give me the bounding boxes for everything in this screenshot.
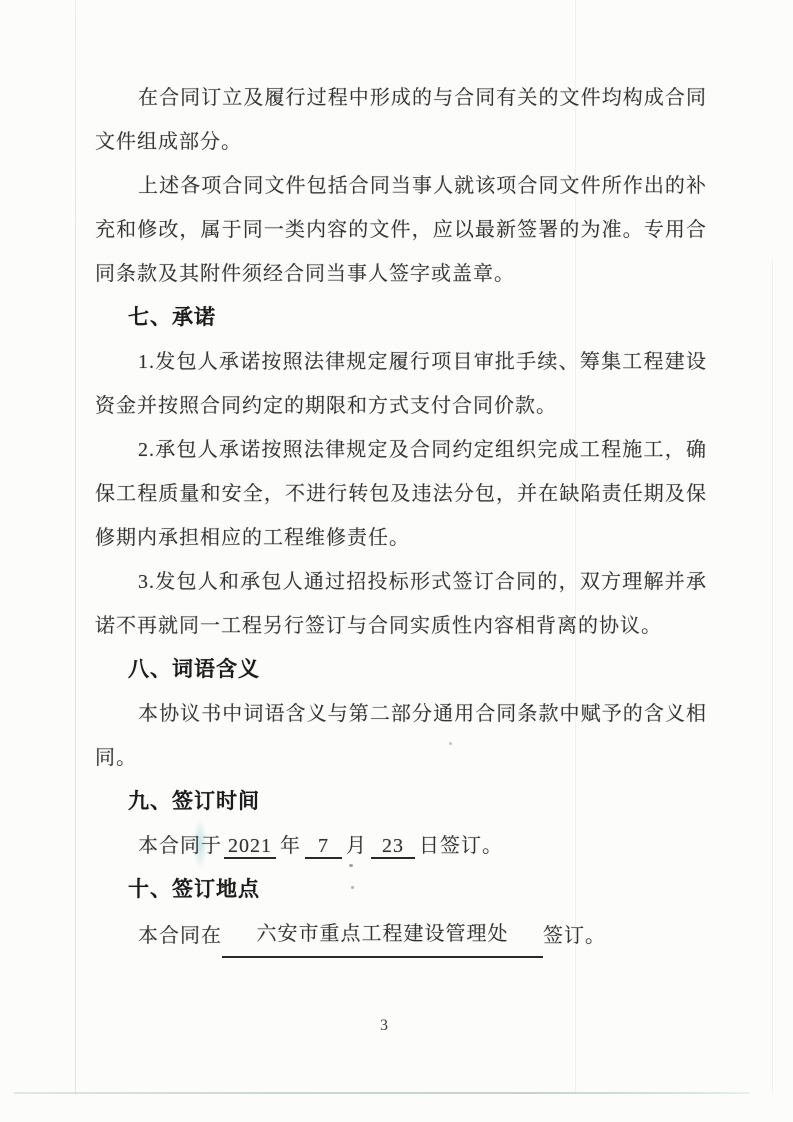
section-heading-sign-place: 十、签订地点 <box>95 868 707 912</box>
definitions-paragraph: 本协议书中词语含义与第二部分通用合同条款中赋予的含义相同。 <box>95 692 707 780</box>
sign-place-value: 六安市重点工程建设管理处 <box>222 912 543 958</box>
sign-place-prefix: 本合同在 <box>138 925 222 947</box>
sign-year-value: 2021 <box>224 835 276 859</box>
sign-day-suffix: 日签订。 <box>419 835 503 857</box>
sign-place-line: 本合同在六安市重点工程建设管理处签订。 <box>95 912 707 958</box>
intro-paragraph-1: 在合同订立及履行过程中形成的与合同有关的文件均构成合同文件组成部分。 <box>95 76 707 164</box>
section-heading-definitions: 八、词语含义 <box>95 648 707 692</box>
sign-time-line: 本合同于2021年7月23日签订。 <box>95 824 707 868</box>
sign-day-value: 23 <box>371 835 415 859</box>
sign-time-prefix: 本合同于 <box>138 835 222 857</box>
contract-body: 在合同订立及履行过程中形成的与合同有关的文件均构成合同文件组成部分。 上述各项合… <box>95 76 707 958</box>
scanned-contract-page: 在合同订立及履行过程中形成的与合同有关的文件均构成合同文件组成部分。 上述各项合… <box>0 0 793 1122</box>
section-heading-sign-time: 九、签订时间 <box>95 780 707 824</box>
page-number: 3 <box>374 1014 394 1038</box>
sign-year-unit: 年 <box>280 835 301 857</box>
section-heading-commitments: 七、承诺 <box>95 296 707 340</box>
commitment-item-2: 2.承包人承诺按照法律规定及合同约定组织完成工程施工，确保工程质量和安全，不进行… <box>95 428 707 560</box>
page-bottom-edge-line <box>14 1092 750 1094</box>
page-right-edge-line <box>772 260 773 1094</box>
sign-month-unit: 月 <box>346 835 367 857</box>
page-left-edge-line <box>75 0 76 1095</box>
intro-paragraph-2: 上述各项合同文件包括合同当事人就该项合同文件所作出的补充和修改，属于同一类内容的… <box>95 164 707 296</box>
sign-place-suffix: 签订。 <box>543 925 606 947</box>
sign-month-value: 7 <box>305 835 342 859</box>
commitment-item-1: 1.发包人承诺按照法律规定履行项目审批手续、筹集工程建设资金并按照合同约定的期限… <box>95 340 707 428</box>
commitment-item-3: 3.发包人和承包人通过招投标形式签订合同的，双方理解并承诺不再就同一工程另行签订… <box>95 560 707 648</box>
